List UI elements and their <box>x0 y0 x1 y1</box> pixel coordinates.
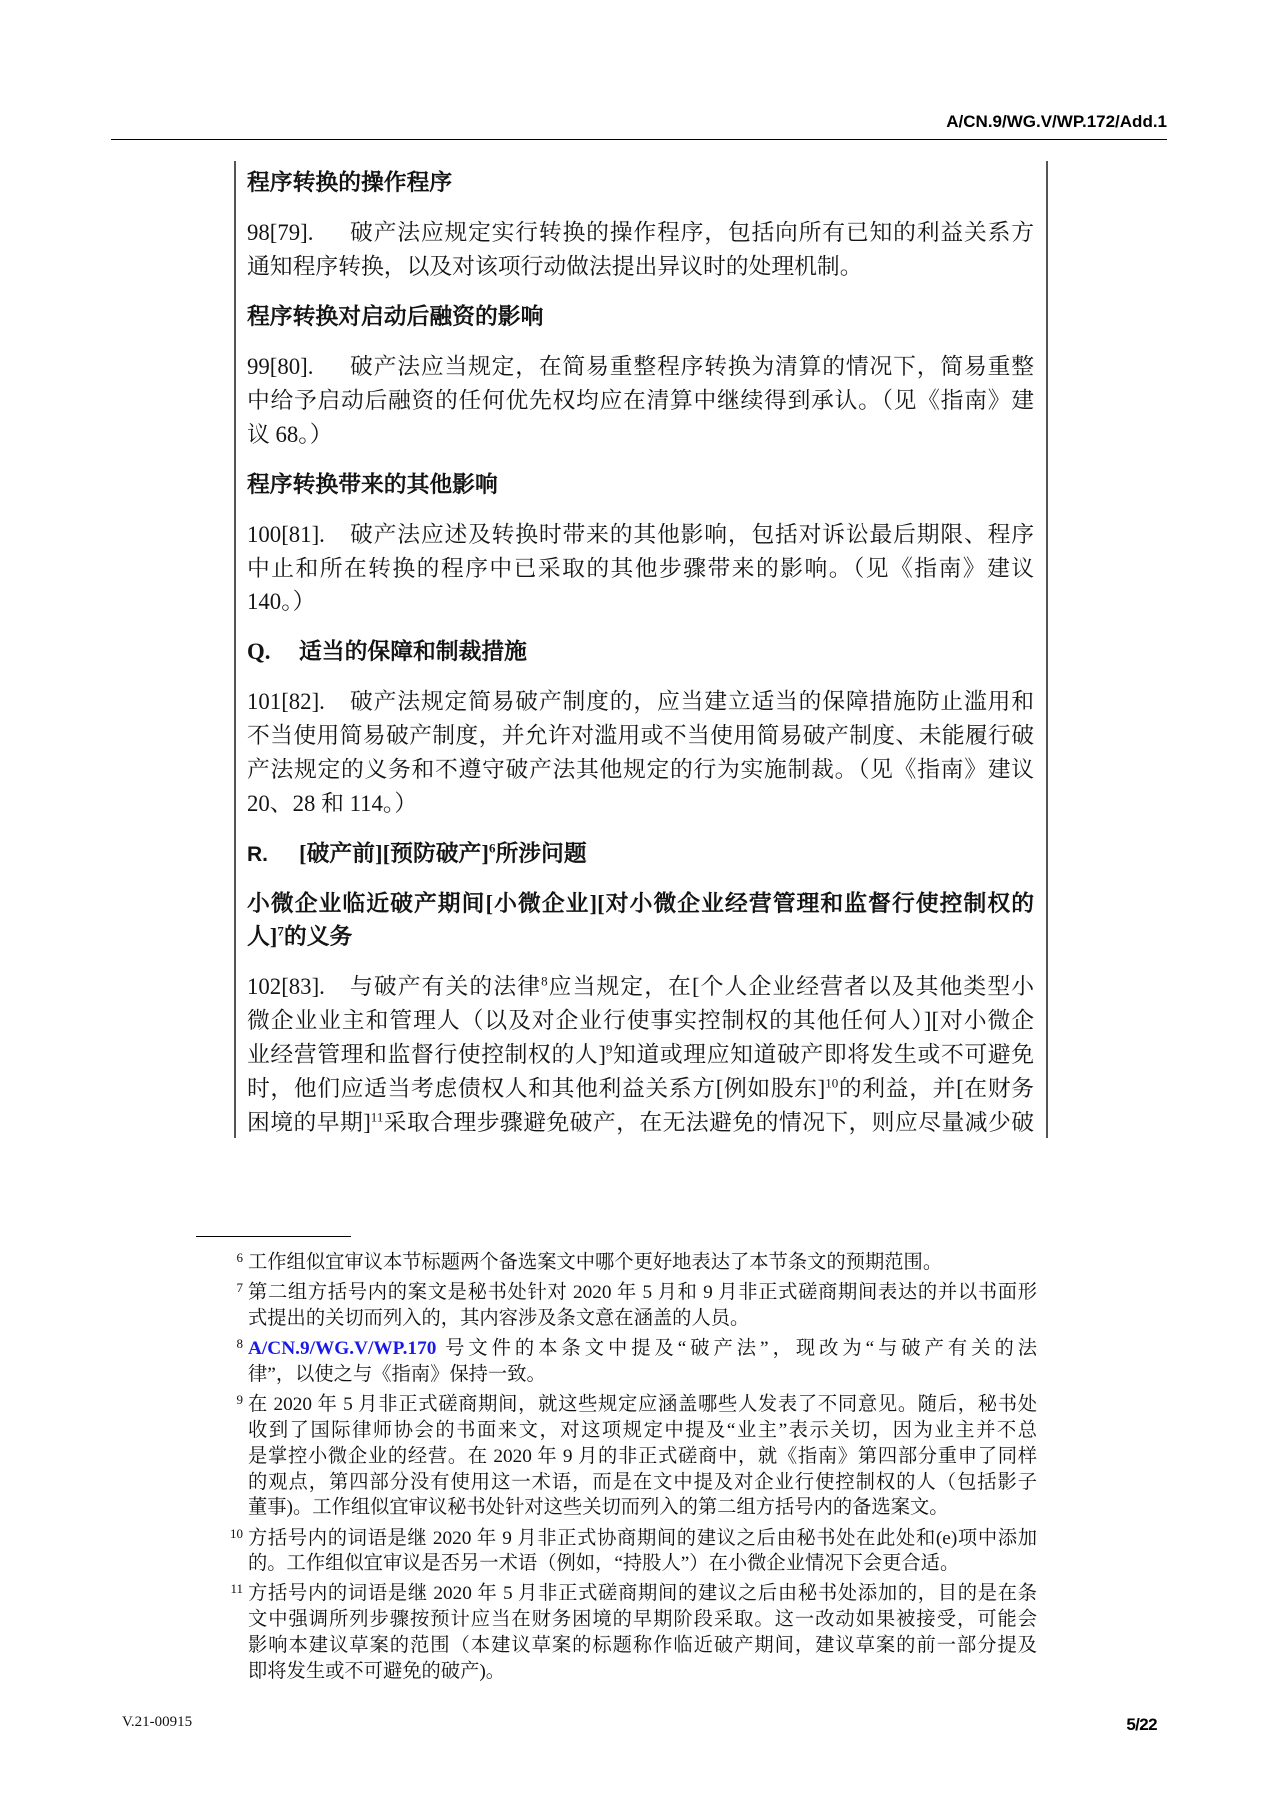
recommendation-line: 98[79]. 破产法应规定实行转换的操作程序，包括向所有已知的利益关系方 <box>247 216 1034 250</box>
text-part: 时，他们应适当考虑债权人和其他利益关系方[例如股东] <box>247 1076 825 1101</box>
recommendation-line: 20、28 和 114。） <box>247 787 1034 821</box>
footnote-line: 的。工作组似宜审议是否另一术语（例如，“持股人”）在小微企业情况下会更合适。 <box>248 1551 1037 1577</box>
section-heading-q: Q.适当的保障和制裁措施 <box>247 635 1034 669</box>
footnote-line: 在 2020 年 5 月非正式磋商期间，就这些规定应涵盖哪些人发表了不同意见。随… <box>248 1392 1037 1418</box>
recommendation-line: 102[83]. 与破产有关的法律8应当规定，在[个人企业经营者以及其他类型小 <box>247 970 1034 1004</box>
footnote-line: 董事)。工作组似宜审议秘书处针对这些关切而列入的第二组方括号内的备选案文。 <box>248 1495 1037 1521</box>
subheading-text: 程序转换对启动后融资的影响 <box>247 300 1034 334</box>
subheading-text: 程序转换带来的其他影响 <box>247 468 1034 502</box>
recommendation-line: 微企业业主和管理人（以及对企业行使事实控制权的其他任何人）][对小微企 <box>247 1004 1034 1038</box>
footnote-7: 7 第二组方括号内的案文是秘书处针对 2020 年 5 月和 9 月非正式磋商期… <box>222 1280 1037 1332</box>
text-part: 采取合理步骤避免破产，在无法避免的情况下，则应尽量减少破 <box>383 1110 1034 1135</box>
footnote-number: 11 <box>222 1576 248 1679</box>
footnote-line: 第二组方括号内的案文是秘书处针对 2020 年 5 月和 9 月非正式磋商期间表… <box>248 1280 1037 1306</box>
recommendation-line: 中给予启动后融资的任何优先权均应在清算中继续得到承认。（见《指南》建 <box>247 384 1034 418</box>
recommendation-text: 与破产有关的法律8应当规定，在[个人企业经营者以及其他类型小 <box>350 970 1034 1004</box>
subheading-conversion-procedure: 程序转换的操作程序 <box>247 166 1034 200</box>
recommendation-number: 102[83]. <box>247 970 350 1004</box>
text-part: 的利益，并[在财务 <box>838 1076 1034 1101</box>
job-number: V.21-00915 <box>122 1713 192 1731</box>
recommendation-line: 140。） <box>247 585 1034 619</box>
footnote-line: 收到了国际律师协会的书面来文，对这项规定中提及“业主”表示关切，因为业主并不总 <box>248 1418 1037 1444</box>
subheading-other-consequences: 程序转换带来的其他影响 <box>247 468 1034 502</box>
footnote-line: 律”，以使之与《指南》保持一致。 <box>248 1362 1037 1388</box>
page-number: 5/22 <box>1126 1715 1157 1735</box>
footnote-line: 即将发生或不可避免的破产)。 <box>248 1659 1037 1685</box>
document-symbol: A/CN.9/WG.V/WP.172/Add.1 <box>946 112 1167 132</box>
recommendations-box: 程序转换的操作程序 98[79]. 破产法应规定实行转换的操作程序，包括向所有已… <box>234 161 1048 1138</box>
recommendation-line: 99[80]. 破产法应当规定，在简易重整程序转换为清算的情况下，简易重整 <box>247 350 1034 384</box>
section-label: R. <box>247 838 299 872</box>
section-label: Q. <box>247 635 299 669</box>
subheading-line: 人]7的义务 <box>247 920 1034 954</box>
subheading-line: 小微企业临近破产期间[小微企业][对小微企业经营管理和监督行使控制权的 <box>247 887 1034 921</box>
footnote-body: 方括号内的词语是继 2020 年 5 月非正式磋商期间的建议之后由秘书处添加的，… <box>248 1581 1037 1684</box>
text-part: 困境的早期] <box>247 1110 371 1135</box>
footnote-number: 7 <box>222 1275 248 1327</box>
footnotes: 6 工作组似宜审议本节标题两个备选案文中哪个更好地表达了本节条文的预期范围。 7… <box>222 1250 1037 1684</box>
text-part: 业经营管理和监督行使控制权的人] <box>247 1042 606 1067</box>
footnote-line: 方括号内的词语是继 2020 年 9 月非正式协商期间的建议之后由秘书处在此处和… <box>248 1526 1037 1552</box>
footnote-body: 在 2020 年 5 月非正式磋商期间，就这些规定应涵盖哪些人发表了不同意见。随… <box>248 1392 1037 1521</box>
recommendation-number: 100[81]. <box>247 518 350 552</box>
recommendation-99: 99[80]. 破产法应当规定，在简易重整程序转换为清算的情况下，简易重整 中给… <box>247 350 1034 451</box>
recommendation-line: 中止和所在转换的程序中已采取的其他步骤带来的影响。（见《指南》建议 <box>247 552 1034 586</box>
recommendation-line: 产法规定的义务和不遵守破产法其他规定的行为实施制裁。（见《指南》建议 <box>247 753 1034 787</box>
section-title-part: 所涉问题 <box>495 841 586 866</box>
footnote-11: 11 方括号内的词语是继 2020 年 5 月非正式磋商期间的建议之后由秘书处添… <box>222 1581 1037 1684</box>
footnote-number: 10 <box>222 1521 248 1573</box>
footnote-reference-10: 10 <box>825 1075 838 1090</box>
footnote-line: A/CN.9/WG.V/WP.170 号文件的本条文中提及“破产法”，现改为“与… <box>248 1336 1037 1362</box>
recommendation-98: 98[79]. 破产法应规定实行转换的操作程序，包括向所有已知的利益关系方 通知… <box>247 216 1034 284</box>
recommendation-line: 不当使用简易破产制度，并允许对滥用或不当使用简易破产制度、未能履行破 <box>247 719 1034 753</box>
text-part: 应当规定，在[个人企业经营者以及其他类型小 <box>548 974 1034 999</box>
footnote-6: 6 工作组似宜审议本节标题两个备选案文中哪个更好地表达了本节条文的预期范围。 <box>222 1250 1037 1276</box>
footnote-number: 8 <box>222 1331 248 1383</box>
header-rule <box>111 139 1167 140</box>
section-heading-line: R.[破产前][预防破产]6所涉问题 <box>247 837 1034 871</box>
text-part: 知道或理应知道破产即将发生或不可避免 <box>612 1042 1034 1067</box>
recommendation-100: 100[81]. 破产法应述及转换时带来的其他影响，包括对诉讼最后期限、程序 中… <box>247 518 1034 619</box>
footnote-separator <box>196 1236 351 1237</box>
section-heading-line: Q.适当的保障和制裁措施 <box>247 635 1034 669</box>
recommendation-number: 98[79]. <box>247 216 350 250</box>
recommendation-line: 业经营管理和监督行使控制权的人]9知道或理应知道破产即将发生或不可避免 <box>247 1038 1034 1072</box>
section-title: 适当的保障和制裁措施 <box>299 639 527 664</box>
recommendation-line: 时，他们应适当考虑债权人和其他利益关系方[例如股东]10的利益，并[在财务 <box>247 1072 1034 1106</box>
text-part: 与破产有关的法律 <box>350 974 541 999</box>
subheading-text-part: 的义务 <box>284 924 352 949</box>
footnote-line: 影响本建议草案的范围（本建议草案的标题称作临近破产期间，建议草案的前一部分提及 <box>248 1633 1037 1659</box>
section-heading-r: R.[破产前][预防破产]6所涉问题 <box>247 837 1034 871</box>
recommendation-line: 困境的早期]11采取合理步骤避免破产，在无法避免的情况下，则应尽量减少破 <box>247 1106 1034 1138</box>
recommendation-number: 101[82]. <box>247 685 350 719</box>
subheading-text: 程序转换的操作程序 <box>247 166 1034 200</box>
recommendation-line: 101[82]. 破产法规定简易破产制度的，应当建立适当的保障措施防止滥用和 <box>247 685 1034 719</box>
footnote-text-part: 号文件的本条文中提及“破产法”，现改为“与破产有关的法 <box>436 1338 1037 1359</box>
footnote-line: 方括号内的词语是继 2020 年 5 月非正式磋商期间的建议之后由秘书处添加的，… <box>248 1581 1037 1607</box>
subheading-post-commencement-finance: 程序转换对启动后融资的影响 <box>247 300 1034 334</box>
recommendation-text: 破产法应当规定，在简易重整程序转换为清算的情况下，简易重整 <box>350 350 1034 384</box>
recommendation-number: 99[80]. <box>247 350 350 384</box>
document-link-wp170[interactable]: A/CN.9/WG.V/WP.170 <box>248 1338 436 1359</box>
footnote-8: 8 A/CN.9/WG.V/WP.170 号文件的本条文中提及“破产法”，现改为… <box>222 1336 1037 1388</box>
subheading-msme-obligations: 小微企业临近破产期间[小微企业][对小微企业经营管理和监督行使控制权的 人]7的… <box>247 887 1034 955</box>
footnote-reference-11: 11 <box>371 1109 384 1124</box>
footnote-line: 式提出的关切而列入的，其内容涉及条文意在涵盖的人员。 <box>248 1306 1037 1332</box>
subheading-text-part: 人] <box>247 924 277 949</box>
footnote-line: 文中强调所列步骤按预计应当在财务困境的早期阶段采取。这一改动如果被接受，可能会 <box>248 1607 1037 1633</box>
footnote-number: 6 <box>222 1245 248 1271</box>
recommendation-101: 101[82]. 破产法规定简易破产制度的，应当建立适当的保障措施防止滥用和 不… <box>247 685 1034 820</box>
footnote-line: 工作组似宜审议本节标题两个备选案文中哪个更好地表达了本节条文的预期范围。 <box>248 1250 1037 1276</box>
recommendation-line: 通知程序转换，以及对该项行动做法提出异议时的处理机制。 <box>247 250 1034 284</box>
footnote-body: A/CN.9/WG.V/WP.170 号文件的本条文中提及“破产法”，现改为“与… <box>248 1336 1037 1388</box>
recommendation-text: 破产法应述及转换时带来的其他影响，包括对诉讼最后期限、程序 <box>350 518 1034 552</box>
footnote-9: 9 在 2020 年 5 月非正式磋商期间，就这些规定应涵盖哪些人发表了不同意见… <box>222 1392 1037 1521</box>
recommendation-line: 100[81]. 破产法应述及转换时带来的其他影响，包括对诉讼最后期限、程序 <box>247 518 1034 552</box>
recommendation-text: 破产法应规定实行转换的操作程序，包括向所有已知的利益关系方 <box>350 216 1034 250</box>
section-title-part: [破产前][预防破产] <box>299 841 489 866</box>
footnote-line: 是掌控小微企业的经营。在 2020 年 9 月的非正式磋商中，就《指南》第四部分… <box>248 1444 1037 1470</box>
footnote-body: 工作组似宜审议本节标题两个备选案文中哪个更好地表达了本节条文的预期范围。 <box>248 1250 1037 1276</box>
recommendation-line: 议 68。） <box>247 418 1034 452</box>
footnote-line: 的观点，第四部分没有使用这一术语，而是在文中提及对企业行使控制权的人（包括影子 <box>248 1470 1037 1496</box>
recommendation-102: 102[83]. 与破产有关的法律8应当规定，在[个人企业经营者以及其他类型小 … <box>247 970 1034 1138</box>
footnote-body: 第二组方括号内的案文是秘书处针对 2020 年 5 月和 9 月非正式磋商期间表… <box>248 1280 1037 1332</box>
footnote-10: 10 方括号内的词语是继 2020 年 9 月非正式协商期间的建议之后由秘书处在… <box>222 1526 1037 1578</box>
footnote-number: 9 <box>222 1387 248 1516</box>
footnote-body: 方括号内的词语是继 2020 年 9 月非正式协商期间的建议之后由秘书处在此处和… <box>248 1526 1037 1578</box>
recommendation-text: 破产法规定简易破产制度的，应当建立适当的保障措施防止滥用和 <box>350 685 1034 719</box>
